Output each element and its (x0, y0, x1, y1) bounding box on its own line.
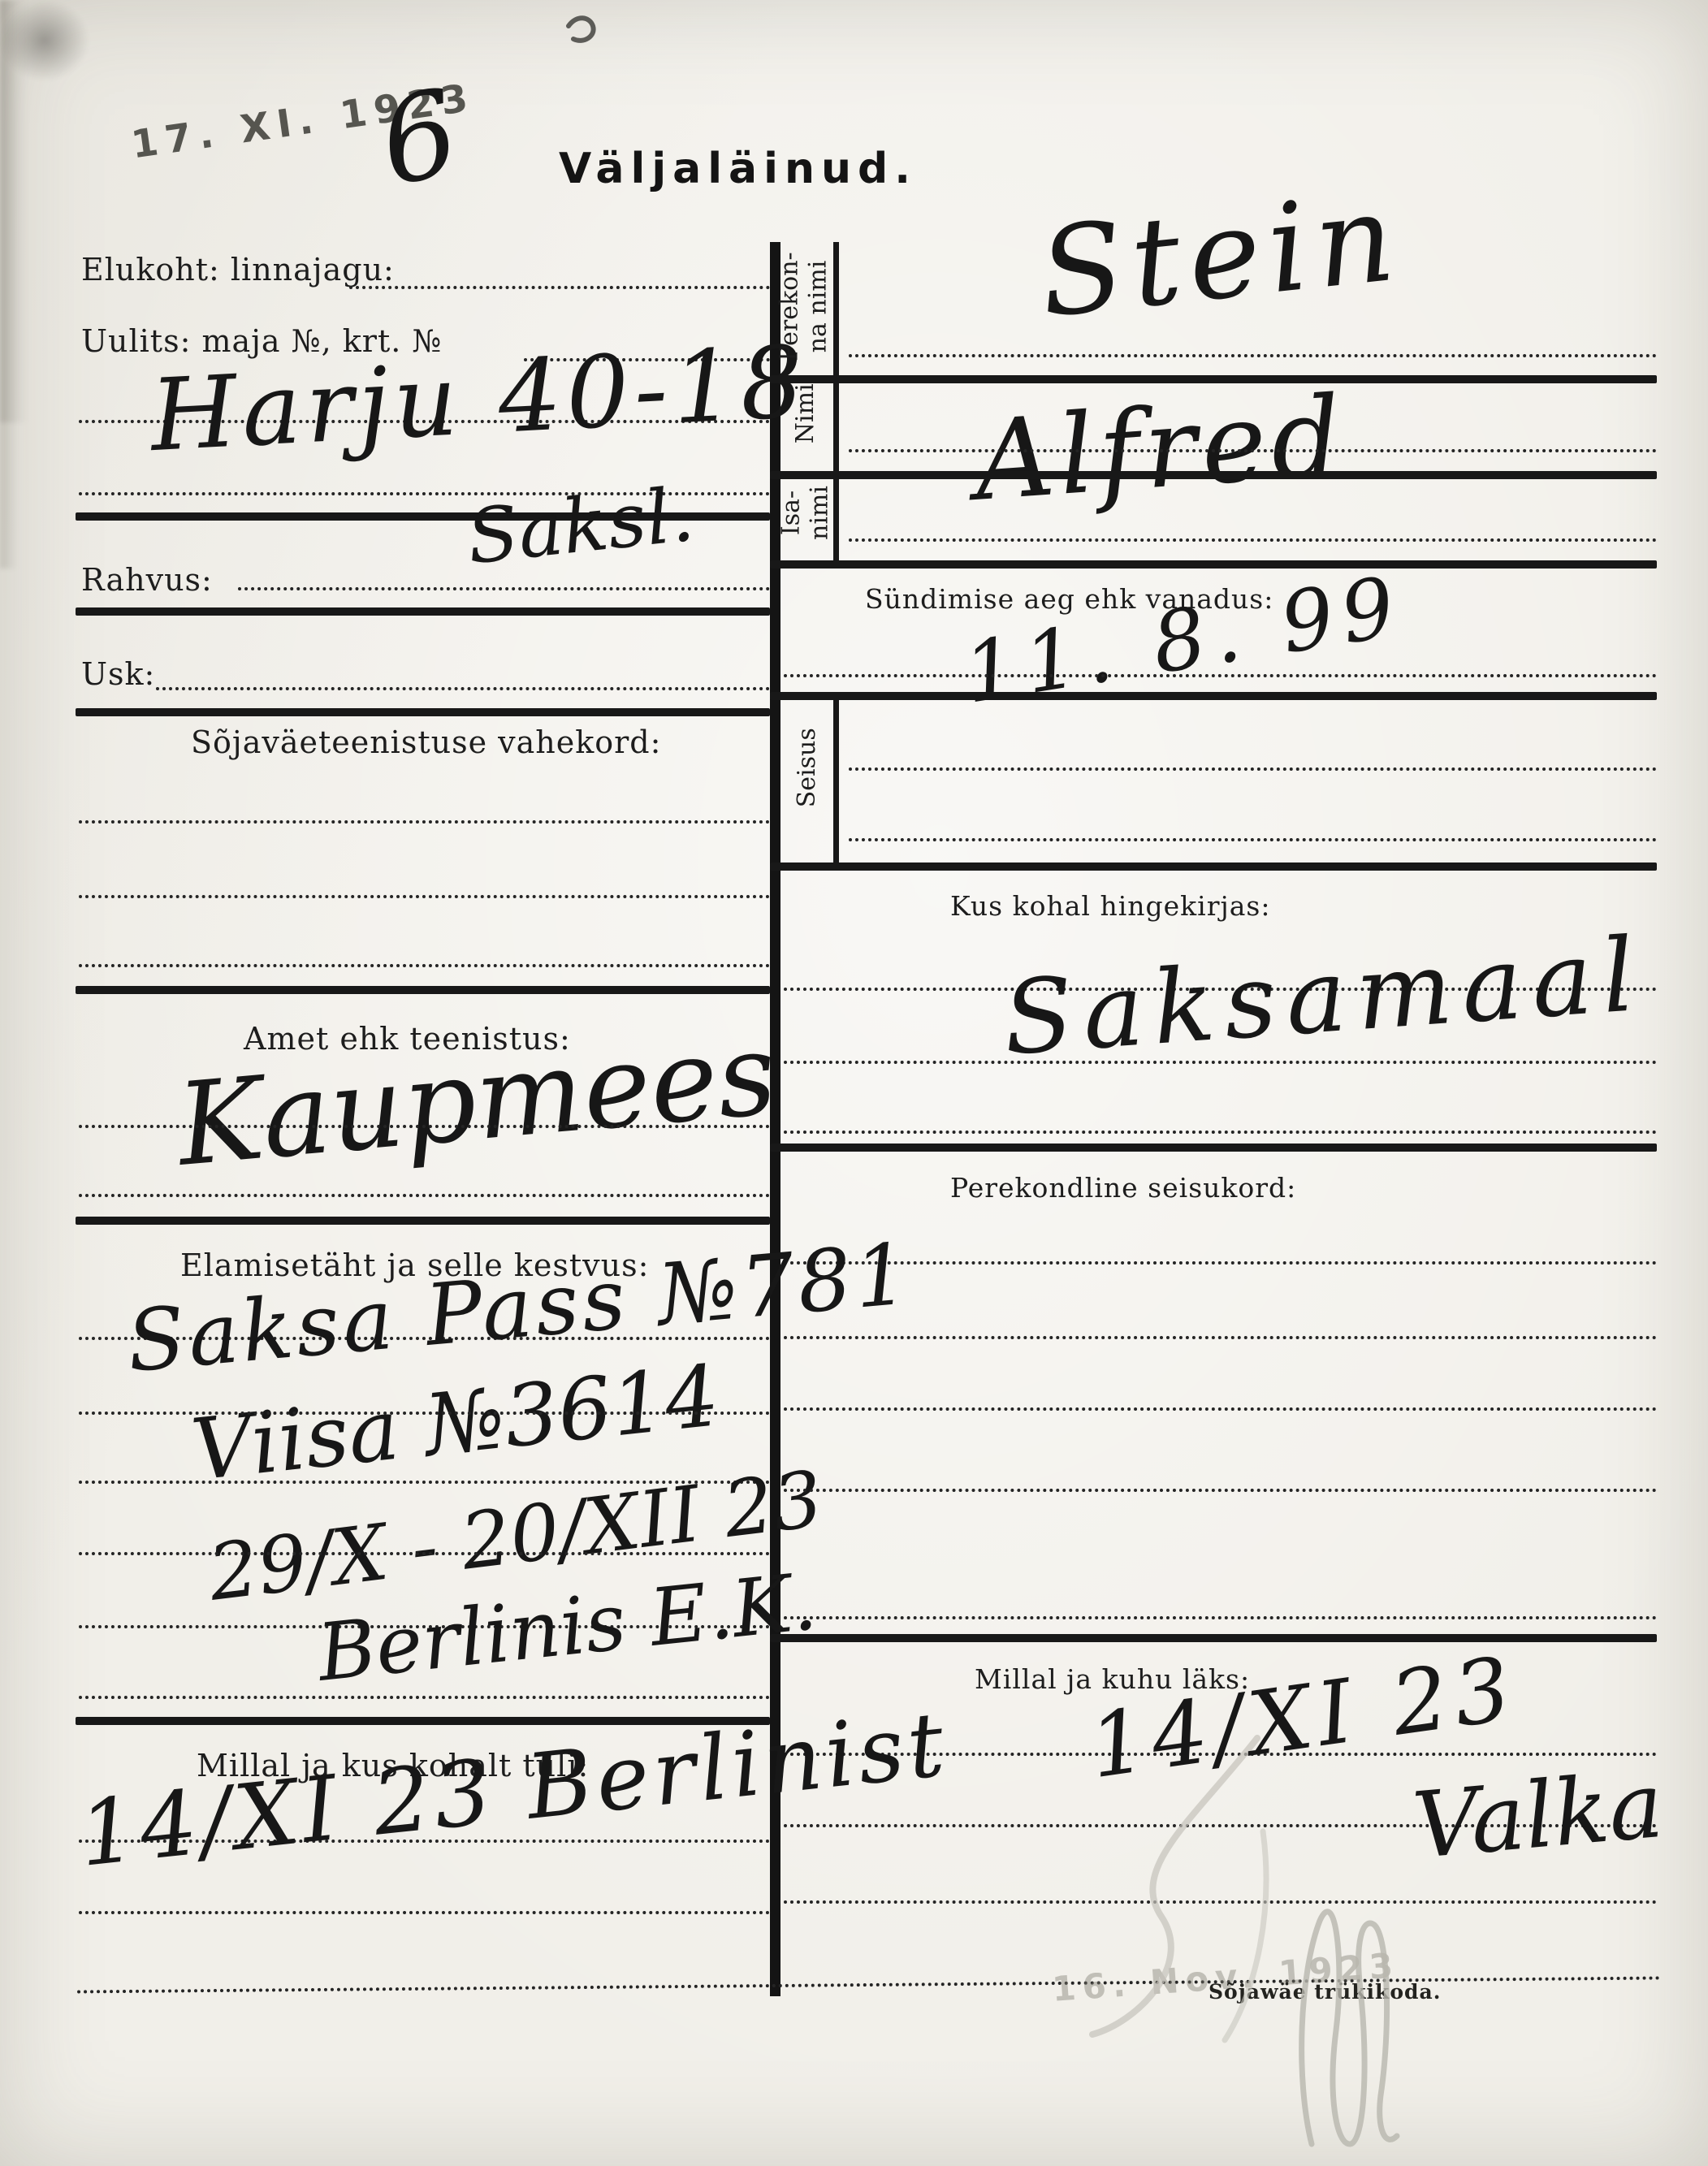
rahvus-value: Saksl. (464, 478, 698, 576)
dotted-line (849, 538, 1657, 542)
pencil-stroke (1225, 1831, 1266, 2040)
dotted-line (79, 820, 770, 824)
paper-crease (0, 0, 18, 569)
ink-mark (569, 18, 594, 41)
rule-line (770, 560, 1657, 569)
sojavaeteenistus-label: Sõjaväeteenistuse vahekord: (191, 724, 661, 760)
dotted-line (79, 1696, 770, 1699)
registration-card: 17. XI. 1923 6 Väljaläinud. Elukoht: lin… (0, 0, 1708, 2166)
tuli-value: 14/XI 23 Berlinist (75, 1699, 952, 1879)
gutter-line (833, 696, 839, 863)
dotted-line (79, 964, 770, 967)
seisus-label: Seisus (793, 686, 822, 849)
dotted-line (79, 1412, 770, 1415)
dotted-line (784, 1336, 1657, 1339)
elukoht-label: Elukoht: linnajagu: (81, 252, 395, 288)
seisus-label-text: Seisus (793, 686, 822, 849)
hingekirjas-label: Kus kohal hingekirjas: (950, 890, 1270, 922)
usk-label: Usk: (81, 656, 155, 692)
dotted-line (784, 1131, 1657, 1134)
perekondline-label: Perekondline seisukord: (950, 1172, 1296, 1204)
dotted-line (784, 1489, 1657, 1492)
dotted-line (784, 674, 1657, 677)
ink-blot (0, 0, 89, 81)
printer-imprint: Sõjawäe trükikoda. (1209, 1980, 1441, 2004)
dotted-line (349, 286, 770, 289)
dotted-line (784, 1900, 1657, 1904)
dotted-line (156, 687, 770, 690)
isanimi-label-line1: Isa- (778, 432, 806, 594)
rule-line (770, 692, 1657, 700)
dotted-line (784, 1261, 1657, 1265)
dotted-line (784, 1407, 1657, 1411)
dotted-line (79, 1911, 770, 1914)
isanimi-label: Isa- nimi (778, 432, 834, 594)
dotted-line (238, 587, 770, 590)
surname-value: Stein (1034, 176, 1407, 335)
rule-line (76, 1217, 770, 1225)
hingekirjas-value: Saksamaal (1001, 924, 1648, 1070)
laks-place-value: Valka (1410, 1760, 1667, 1872)
rule-line (76, 708, 770, 716)
rule-line (770, 471, 1657, 479)
rule-line (770, 1144, 1657, 1152)
rule-line (770, 1634, 1657, 1642)
dotted-line (79, 1552, 770, 1555)
dotted-line (79, 1194, 770, 1197)
dotted-line (849, 449, 1657, 452)
rahvus-label: Rahvus: (81, 562, 213, 598)
rule-line (76, 986, 770, 994)
rule-line (76, 607, 770, 616)
isanimi-label-line2: nimi (806, 432, 834, 594)
dotted-line (784, 1616, 1657, 1619)
gutter-line (833, 242, 839, 560)
dotted-line (849, 767, 1657, 771)
dotted-line (79, 895, 770, 898)
dotted-line (79, 1125, 770, 1128)
page-title: Väljaläinud. (559, 145, 917, 193)
dotted-line (849, 354, 1657, 357)
rule-line (770, 863, 1657, 871)
dotted-line (849, 838, 1657, 841)
